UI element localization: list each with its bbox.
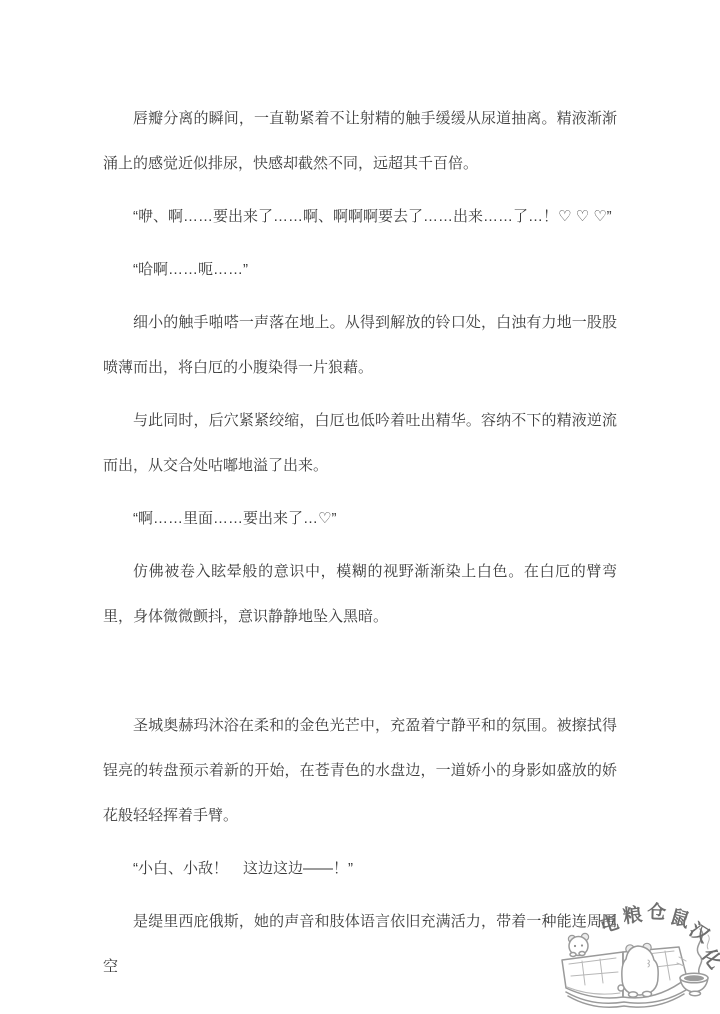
narration-paragraph: 与此同时，后穴紧紧绞缩，白厄也低吟着吐出精华。容纳不下的精液逆流而出，从交合处咕… <box>103 398 617 488</box>
text-block: 唇瓣分离的瞬间，一直勒紧着不让射精的触手缓缓从尿道抽离。精液渐渐涌上的感觉近似排… <box>103 96 617 997</box>
dialogue-line: “小白、小敌！ 这边这边——！” <box>103 846 617 891</box>
wm-char-1: 屯 <box>596 910 621 938</box>
wm-char-2: 粮 <box>621 903 643 928</box>
wm-char-5: 汉 <box>685 919 714 948</box>
dialogue-line: “咿、啊……要出来了……啊、啊啊啊要去了……出来……了…！♡ ♡ ♡” <box>103 194 617 239</box>
wm-char-4: 鼠 <box>668 905 693 932</box>
dialogue-line: “啊……里面……要出来了…♡” <box>103 496 617 541</box>
narration-paragraph: 唇瓣分离的瞬间，一直勒紧着不让射精的触手缓缓从尿道抽离。精液渐渐涌上的感觉近似排… <box>103 96 617 186</box>
tea-surface <box>684 975 704 981</box>
translation-group-watermark: 屯 粮 仓 鼠 汉 化 <box>552 902 720 1014</box>
dialogue-line: “哈啊……呃……” <box>103 247 617 292</box>
narration-paragraph: 细小的触手啪嗒一声落在地上。从得到解放的铃口处，白浊有力地一股股喷薄而出，将白厄… <box>103 300 617 390</box>
narration-paragraph: 圣城奥赫玛沐浴在柔和的金色光芒中，充盈着宁静平和的氛围。被擦拭得锃亮的转盘预示着… <box>103 703 617 838</box>
scene-break <box>103 647 617 703</box>
novel-page: 唇瓣分离的瞬间，一直勒紧着不让射精的触手缓缓从尿道抽离。精液渐渐涌上的感觉近似排… <box>0 0 720 1014</box>
narration-paragraph: 仿佛被卷入眩晕般的意识中，模糊的视野渐渐染上白色。在白厄的臂弯里，身体微微颤抖，… <box>103 549 617 639</box>
wm-char-3: 仓 <box>647 902 667 924</box>
narration-paragraph: 是缇里西庇俄斯，她的声音和肢体语言依旧充满活力，带着一种能连周围空 <box>103 899 617 989</box>
peeking-hamster-icon <box>568 933 588 956</box>
wm-char-6: 化 <box>696 944 720 973</box>
